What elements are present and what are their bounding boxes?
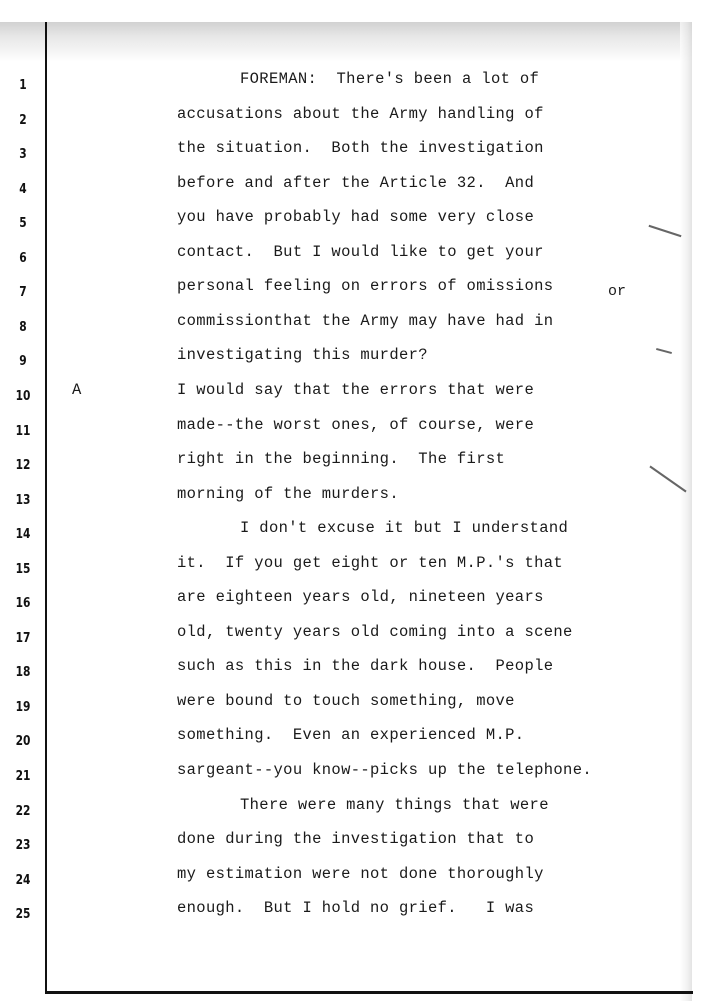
line-number: 21 (12, 769, 33, 784)
transcript-line: I would say that the errors that were (177, 381, 534, 399)
transcript-line: done during the investigation that to (177, 830, 534, 848)
line-number: 8 (12, 320, 33, 335)
transcript-line: my estimation were not done thoroughly (177, 865, 544, 883)
line-number: 9 (12, 354, 33, 369)
transcript-line: FOREMAN: There's been a lot of (240, 70, 539, 88)
transcript-line: sargeant--you know--picks up the telepho… (177, 761, 592, 779)
transcript-line: you have probably had some very close (177, 208, 534, 226)
line-number: 4 (12, 182, 33, 197)
bottom-rule (45, 991, 693, 994)
line-number: 11 (12, 424, 33, 439)
line-number: 14 (12, 527, 33, 542)
line-number: 12 (12, 458, 33, 473)
transcript-line: accusations about the Army handling of (177, 105, 544, 123)
transcript-line: enough. But I hold no grief. I was (177, 899, 534, 917)
transcript-line: right in the beginning. The first (177, 450, 505, 468)
line-number: 16 (12, 596, 33, 611)
line-number: 15 (12, 562, 33, 577)
transcript-line: investigating this murder? (177, 346, 428, 364)
transcript-line: I don't excuse it but I understand (240, 519, 568, 537)
transcript-line: old, twenty years old coming into a scen… (177, 623, 573, 641)
margin-note: or (608, 283, 626, 300)
scan-shading-right (680, 22, 692, 1001)
transcript-line: personal feeling on errors of omissions (177, 277, 553, 295)
line-number: 19 (12, 700, 33, 715)
line-number: 3 (12, 147, 33, 162)
line-number: 1 (12, 78, 33, 93)
line-number: 22 (12, 804, 33, 819)
transcript-line: commissionthat the Army may have had in (177, 312, 553, 330)
transcript-line: contact. But I would like to get your (177, 243, 544, 261)
transcript-line: before and after the Article 32. And (177, 174, 534, 192)
transcript-line: the situation. Both the investigation (177, 139, 544, 157)
transcript-line: are eighteen years old, nineteen years (177, 588, 544, 606)
line-number: 23 (12, 838, 33, 853)
line-number: 25 (12, 907, 33, 922)
scan-artifact (649, 225, 682, 237)
scan-artifact (656, 348, 672, 354)
line-number: 24 (12, 873, 33, 888)
scan-shading-top (0, 22, 692, 62)
line-number: 13 (12, 493, 33, 508)
transcript-line: There were many things that were (240, 796, 549, 814)
line-number: 17 (12, 631, 33, 646)
line-number: 18 (12, 665, 33, 680)
line-number: 2 (12, 113, 33, 128)
transcript-line: such as this in the dark house. People (177, 657, 553, 675)
line-number: 7 (12, 285, 33, 300)
page-edge (692, 0, 720, 1001)
speaker-marker-answer: A (72, 381, 81, 399)
transcript-line: something. Even an experienced M.P. (177, 726, 524, 744)
line-number: 5 (12, 216, 33, 231)
transcript-line: made--the worst ones, of course, were (177, 416, 534, 434)
transcript-line: it. If you get eight or ten M.P.'s that (177, 554, 563, 572)
left-margin-rule (45, 22, 47, 994)
line-number: 10 (12, 389, 33, 404)
transcript-line: were bound to touch something, move (177, 692, 515, 710)
line-number: 20 (12, 734, 33, 749)
line-number: 6 (12, 251, 33, 266)
transcript-line: morning of the murders. (177, 485, 399, 503)
